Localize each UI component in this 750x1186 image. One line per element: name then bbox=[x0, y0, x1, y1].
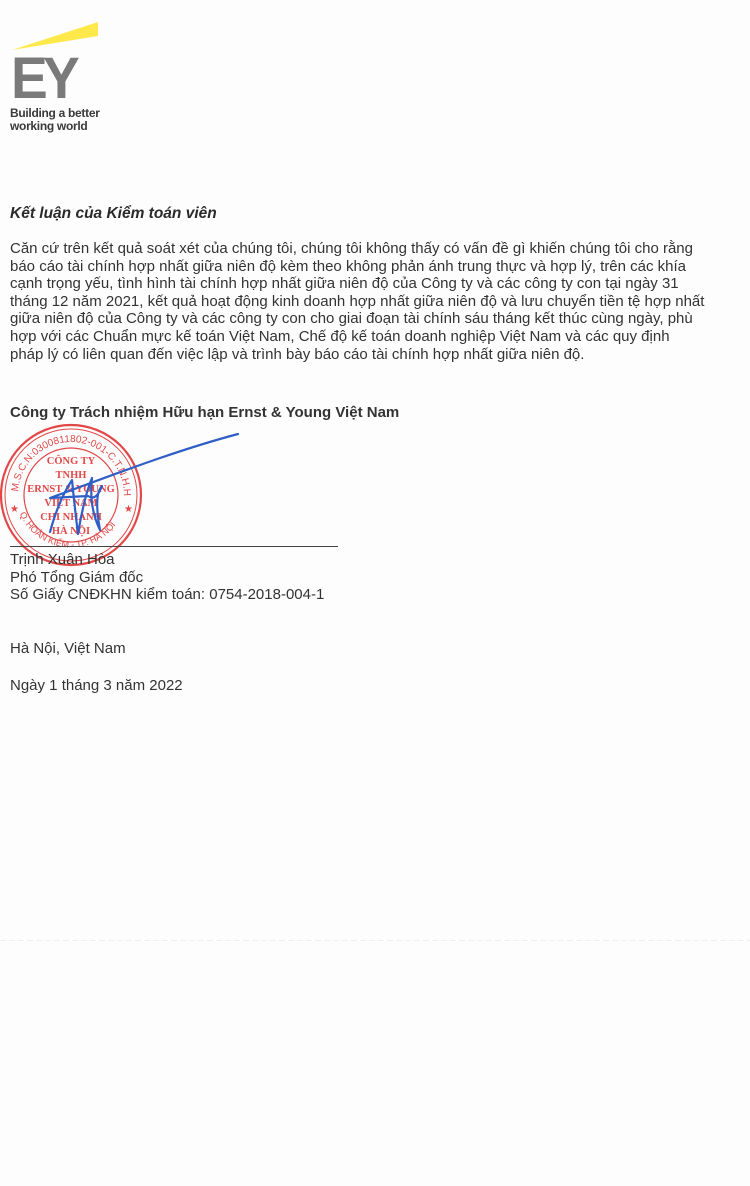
ey-logo: EY Building a better working world bbox=[10, 20, 120, 135]
ey-wordmark: EY bbox=[11, 50, 75, 108]
tagline-line-2: working world bbox=[10, 120, 100, 133]
handwritten-signature-icon bbox=[30, 430, 250, 540]
paragraph-line: tháng 12 năm 2021, kết quả hoạt động kin… bbox=[10, 293, 745, 311]
report-date: Ngày 1 tháng 3 năm 2022 bbox=[10, 677, 183, 694]
paragraph-line: pháp lý có liên quan đến việc lập và trì… bbox=[10, 346, 745, 364]
signer-name: Trịnh Xuân Hòa bbox=[10, 551, 324, 569]
signer-title: Phó Tổng Giám đốc bbox=[10, 569, 324, 587]
signer-details: Trịnh Xuân Hòa Phó Tổng Giám đốc Số Giấy… bbox=[10, 551, 324, 604]
paragraph-line: Căn cứ trên kết quả soát xét của chúng t… bbox=[10, 240, 745, 258]
page-divider bbox=[0, 940, 750, 941]
section-heading: Kết luận của Kiểm toán viên bbox=[10, 205, 217, 223]
svg-text:★: ★ bbox=[10, 504, 19, 515]
place: Hà Nội, Việt Nam bbox=[10, 640, 126, 657]
paragraph-line: cạnh trọng yếu, tình hình tài chính hợp … bbox=[10, 275, 745, 293]
company-name: Công ty Trách nhiệm Hữu hạn Ernst & Youn… bbox=[10, 404, 399, 421]
paragraph-line: hợp với các Chuẩn mực kế toán Việt Nam, … bbox=[10, 328, 745, 346]
paragraph-line: giữa niên độ của Công ty và các công ty … bbox=[10, 310, 745, 328]
signature-line bbox=[10, 546, 338, 547]
conclusion-paragraph: Căn cứ trên kết quả soát xét của chúng t… bbox=[10, 240, 745, 363]
auditor-license: Số Giấy CNĐKHN kiểm toán: 0754-2018-004-… bbox=[10, 586, 324, 604]
paragraph-line: báo cáo tài chính hợp nhất giữa niên độ … bbox=[10, 258, 745, 276]
ey-tagline: Building a better working world bbox=[10, 107, 100, 133]
